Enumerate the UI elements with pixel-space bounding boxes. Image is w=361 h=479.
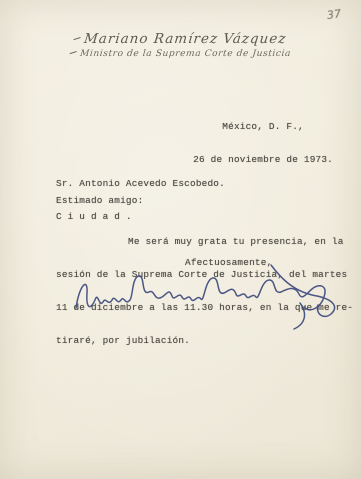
letterhead-name: Mariano Ramírez Vázquez	[73, 31, 287, 47]
salutation: Estimado amigo:	[56, 195, 143, 206]
page-number: 37	[326, 8, 342, 21]
body-line: tiraré, por jubilación.	[56, 335, 342, 346]
flourish-icon	[74, 36, 81, 40]
letterhead-name-text: Mariano Ramírez Vázquez	[83, 31, 287, 47]
letterhead: Mariano Ramírez Vázquez Ministro de la S…	[0, 28, 361, 59]
dateline-place: México, D. F.,	[193, 121, 333, 132]
letter-page: 37 Mariano Ramírez Vázquez Ministro de l…	[0, 0, 361, 479]
flourish-icon	[70, 50, 77, 54]
signature	[72, 262, 350, 334]
letterhead-title-text: Ministro de la Suprema Corte de Justicia	[80, 49, 292, 59]
recipient-name: Sr. Antonio Acevedo Escobedo.	[56, 178, 225, 189]
letterhead-title: Ministro de la Suprema Corte de Justicia	[0, 49, 361, 59]
body-line: Me será muy grata tu presencia, en la	[56, 236, 342, 247]
